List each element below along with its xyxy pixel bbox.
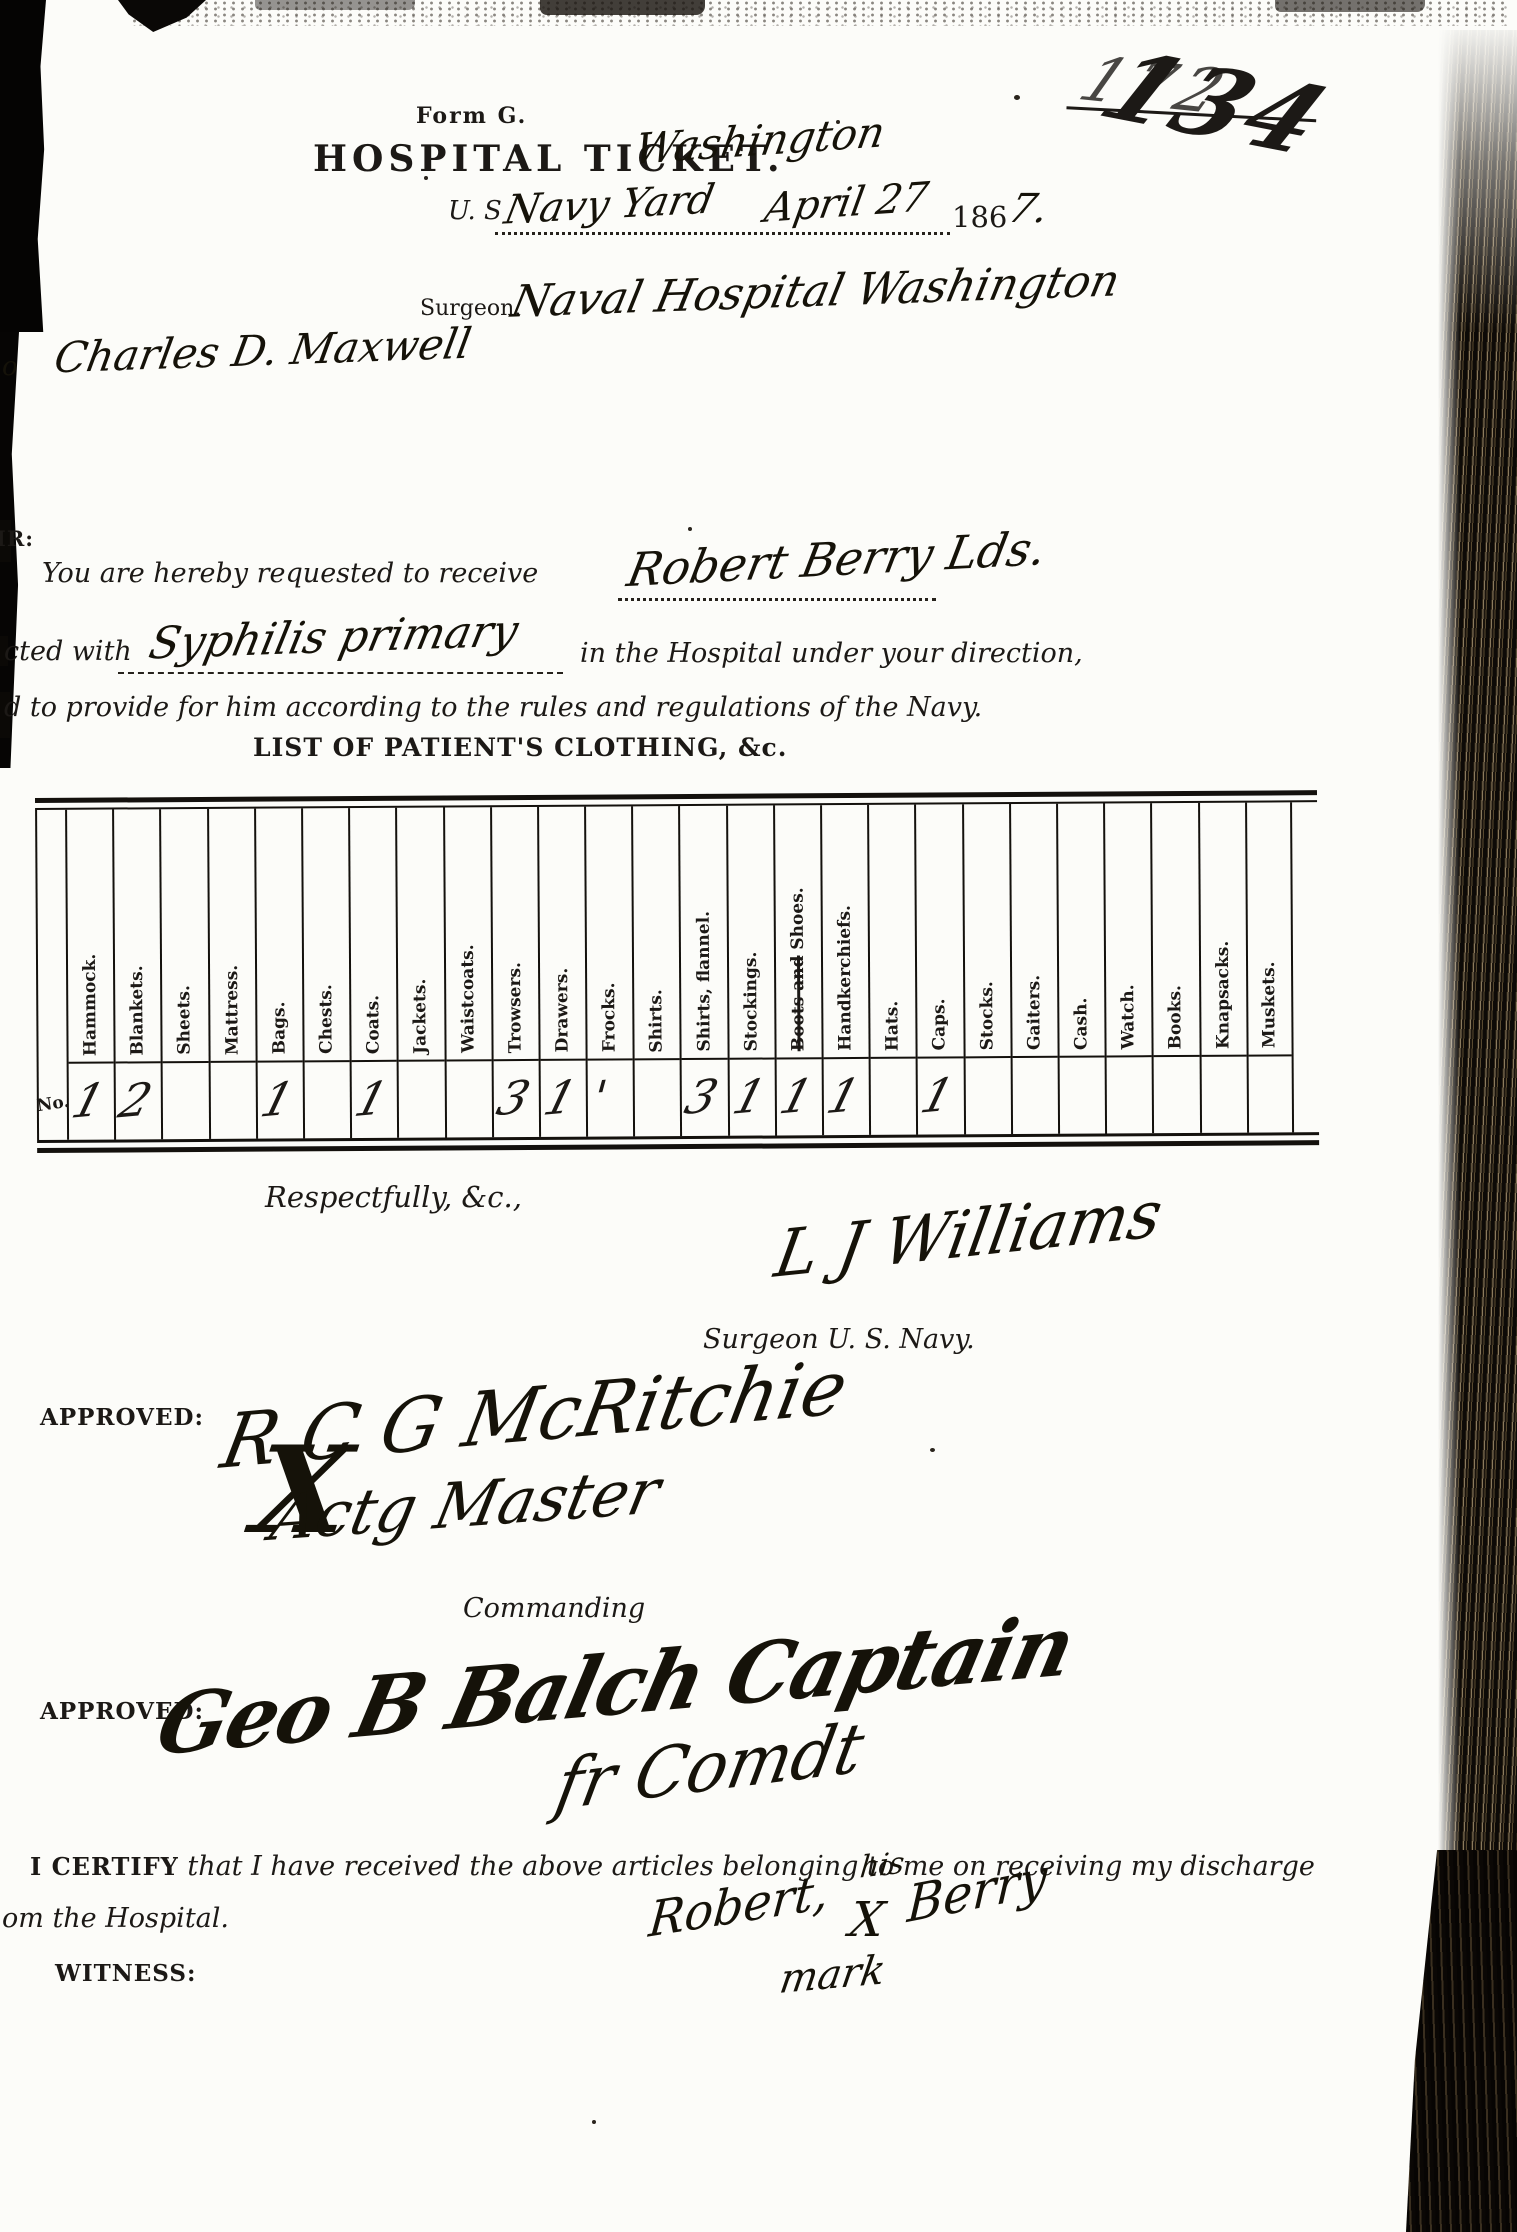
clothing-column: Muskets. <box>1245 802 1294 1132</box>
scan-top-dark-patch <box>1275 0 1425 12</box>
clothing-column-value: 1 <box>719 1058 774 1135</box>
clothing-column: Shirts. <box>631 806 680 1136</box>
scan-right-binding-bottom <box>1406 1850 1517 2232</box>
clothing-column-label: Sheets. <box>177 985 194 1061</box>
certify-caps: I CERTIFY <box>30 1852 179 1881</box>
clothing-column-label: Stocks. <box>979 981 996 1056</box>
commanding-label: Commanding <box>463 1593 645 1624</box>
clothing-column-value: 2 <box>106 1062 161 1139</box>
dateline-prefix: U. S <box>448 196 502 226</box>
clothing-column: Frocks.' <box>584 806 633 1136</box>
table-row-label-gutter: No. <box>37 810 67 1140</box>
clothing-column: Blankets.2 <box>112 809 161 1139</box>
clothing-column: Coats.1 <box>348 808 397 1138</box>
clothing-column-label: Waistcoats. <box>459 945 477 1060</box>
clothing-column-label: Watch. <box>1120 984 1137 1055</box>
clothing-column-label: Caps. <box>932 999 949 1057</box>
clothing-column: Books. <box>1150 803 1199 1133</box>
clothing-grid: No. Hammock.1Blankets.2Sheets.Mattress.B… <box>35 802 1319 1140</box>
addressee-name: Charles D. Maxwell <box>51 319 475 383</box>
clothing-column-label: Shirts, flannel. <box>695 911 713 1058</box>
clothing-column-label: Stockings. <box>743 952 761 1058</box>
clothing-column: Handkerchiefs.1 <box>820 805 869 1135</box>
clothing-column-label: Mattress. <box>224 964 242 1060</box>
clothing-column-label: Jackets. <box>413 978 430 1059</box>
clothing-column-label: Cash. <box>1073 997 1090 1056</box>
clothing-column-value: 1 <box>247 1061 302 1138</box>
clothing-column-label: Chests. <box>318 985 335 1061</box>
clothing-column-value: 1 <box>908 1057 963 1134</box>
respectfully-line: Respectfully, &c., <box>265 1180 522 1214</box>
clothing-column-label: Trowsers. <box>507 962 525 1059</box>
clothing-column-label: Frocks. <box>601 983 618 1059</box>
clothing-column: Boots and Shoes.1 <box>773 805 822 1135</box>
clothing-column-label: Shirts. <box>649 989 666 1059</box>
addressee-station: Naval Hospital Washington <box>507 255 1125 328</box>
handwritten-patient-name: Robert Berry Lds. <box>623 521 1051 598</box>
scan-top-dark-patch <box>540 0 705 15</box>
clothing-column: Watch. <box>1103 803 1152 1133</box>
docket-numbers: 172 134 <box>1075 30 1369 208</box>
condition-prefix-printed: cted with <box>4 636 132 667</box>
clothing-column: Bags.1 <box>254 808 303 1138</box>
clothing-column: Jackets. <box>395 808 444 1138</box>
scan-speck <box>688 527 692 531</box>
request-printed-text: You are hereby requested to receive <box>42 558 538 589</box>
approved-label-1: APPROVED: <box>40 1404 204 1431</box>
salutation: IR: <box>0 526 34 551</box>
addressee-title-printed: Surgeon. <box>420 296 521 321</box>
scan-top-dark-patch <box>255 0 415 10</box>
clothing-column-label: Hammock. <box>82 953 100 1062</box>
clothing-column-value: 3 <box>483 1060 538 1137</box>
clothing-column: Hammock.1 <box>65 810 114 1140</box>
provide-line-printed: d to provide for him according to the ru… <box>4 692 982 723</box>
clothing-column: Stocks. <box>962 804 1011 1134</box>
clothing-column-value: 3 <box>672 1058 727 1135</box>
clothing-column-label: Blankets. <box>129 965 147 1061</box>
scan-left-black-bar <box>0 0 46 332</box>
hospital-ticket-document: 172 134 Form G. HOSPITAL TICKET. Washing… <box>0 0 1517 2232</box>
form-number-label: Form G. <box>416 103 527 129</box>
clothing-column-label: Boots and Shoes. <box>789 887 807 1057</box>
condition-suffix-printed: in the Hospital under your direction, <box>580 638 1083 669</box>
clothing-column-value: 1 <box>342 1060 397 1137</box>
clothing-column: Hats. <box>867 805 916 1135</box>
handwritten-year-digit: 7. <box>1003 186 1054 232</box>
clothing-column-label: Knapsacks. <box>1214 940 1232 1054</box>
clothing-column: Chests. <box>301 808 350 1138</box>
clothing-list-heading: LIST OF PATIENT'S CLOTHING, &c. <box>253 733 787 762</box>
patient-mark-his: his <box>858 1845 906 1885</box>
certification-continuation: om the Hospital. <box>2 1903 229 1934</box>
printed-year: 186 <box>952 200 1007 234</box>
clothing-column-label: Bags. <box>271 1002 288 1061</box>
clothing-column: Caps.1 <box>914 804 963 1134</box>
clothing-column-label: Coats. <box>365 995 382 1060</box>
clothing-column: Trowsers.3 <box>490 807 539 1137</box>
clothing-column: Cash. <box>1056 803 1105 1133</box>
patient-mark-word: mark <box>776 1947 888 2003</box>
patient-x-mark: X <box>846 1892 888 1948</box>
clothing-column: Mattress. <box>207 809 256 1139</box>
scan-speck <box>930 1448 935 1452</box>
clothing-column: Knapsacks. <box>1198 803 1247 1133</box>
scan-speck <box>592 2120 596 2124</box>
clothing-column: Drawers.1 <box>537 807 586 1137</box>
clothing-column-label: Handkerchiefs. <box>837 905 855 1057</box>
clothing-column-value: 1 <box>530 1059 585 1136</box>
clothing-column-value: 1 <box>813 1058 868 1135</box>
surgeon-signature: L J Williams <box>769 1177 1167 1293</box>
clothing-column-label: Hats. <box>885 1000 902 1057</box>
scan-speck <box>1014 95 1020 100</box>
clothing-column: Stockings.1 <box>726 805 775 1135</box>
clothing-column-label: Books. <box>1168 985 1185 1055</box>
clothing-column-label: Gaiters. <box>1026 975 1043 1056</box>
clothing-column: Gaiters. <box>1009 804 1058 1134</box>
left-margin-fragment: o <box>2 352 18 382</box>
clothing-column-label: Muskets. <box>1261 962 1279 1055</box>
certification-line: I CERTIFY that I have received the above… <box>30 1851 1315 1882</box>
handwritten-location: Washington <box>631 107 889 174</box>
witness-label: WITNESS: <box>55 1960 196 1987</box>
clothing-column: Waistcoats. <box>443 807 492 1137</box>
clothing-column-label: Drawers. <box>554 968 572 1059</box>
clothing-column: Sheets. <box>159 809 208 1139</box>
clothing-column: Shirts, flannel.3 <box>678 806 727 1136</box>
clothing-table: No. Hammock.1Blankets.2Sheets.Mattress.B… <box>35 790 1319 1153</box>
clothing-column-value: 1 <box>766 1058 821 1135</box>
